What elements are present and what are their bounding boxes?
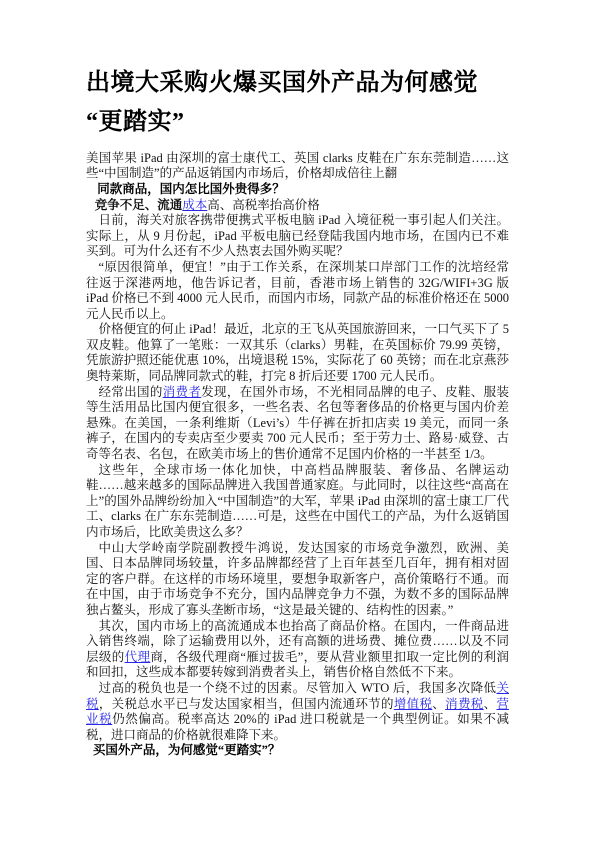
text-segment: 、 [432,697,445,711]
inline-link[interactable]: 增值税 [394,697,432,711]
text-segment: 高、高税率抬高价格 [207,198,320,212]
text-segment: 商，各级代理商“雁过拔毛”，要从营业额里扣取一定比例的利润和回扣，这些成本都要转… [86,650,509,680]
paragraph-distribution-cost: 其次，国内市场上的高流通成本也抬高了商品价格。在国内，一件商品进入销售终端，除了… [86,619,509,681]
text-segment: 经常出国的 [99,385,163,399]
paragraph-luxury-gap: 经常出国的消费者发现，在国外市场，不光相同品牌的电子、皮鞋、服装等生活用品比国内… [86,385,509,463]
paragraph-clarks-shoes: 价格便宜的何止 iPad！最近，北京的王飞从英国旅游回来，一口气买下了 5 双皮… [86,322,509,384]
section-subheading: 竞争不足、流通成本高、高税率抬高价格 [86,198,509,214]
paragraph-ipad-customs: 日前，海关对旅客携带便携式平板电脑 iPad 入境征税一事引起人们关注。实际上，… [86,213,509,260]
inline-link[interactable]: 成本 [182,198,207,212]
article-title: 出境大采购火爆买国外产品为何感觉“更踏实” [86,64,509,142]
text-segment: 、 [484,697,497,711]
text-segment: ，关税总水平已与发达国家相当，但国内流通环节的 [99,697,394,711]
paragraph-made-in-china: 这些年，全球市场一体化加快，中高档品牌服装、奢侈品、名牌运动鞋……越来越多的国际… [86,463,509,541]
inline-link[interactable]: 代理 [125,650,151,664]
section-heading-reliable: 买国外产品，为何感觉“更踏实”？ [86,743,509,759]
text-segment: 仍然偏高。税率高达 20%的 iPad 进口税就是一个典型例证。如果不减税，进口… [86,712,509,742]
document-page: 出境大采购火爆买国外产品为何感觉“更踏实” 美国苹果 iPad 由深圳的富士康代… [0,0,595,842]
inline-link[interactable]: 消费者 [163,385,202,399]
text-segment: 中山大学岭南学院副教授牛鸿说，发达国家的市场竞争激烈，欧洲、美国、日本品牌同场较… [86,541,509,617]
text-segment: 竞争不足、流通 [95,198,183,212]
text-segment: 这些年，全球市场一体化加快，中高档品牌服装、奢侈品、名牌运动鞋……越来越多的国际… [86,463,509,539]
section-heading-price-gap: 同款商品，国内怎比国外贵得多？ [86,182,509,198]
text-segment: 价格便宜的何止 iPad！最近，北京的王飞从英国旅游回来，一口气买下了 5 双皮… [86,322,509,383]
inline-link[interactable]: 消费税 [445,697,483,711]
text-segment: 日前，海关对旅客携带便携式平板电脑 iPad 入境征税一事引起人们关注。实际上，… [86,213,509,258]
paragraph-hongkong-price: “原因很简单，便宜！”由于工作关系，在深圳某口岸部门工作的沈培经常往返于深港两地… [86,260,509,322]
text-segment: 过高的税负也是一个绕不过的因素。尽管加入 WTO 后，我国多次降低 [99,681,497,695]
paragraph-professor-competition: 中山大学岭南学院副教授牛鸿说，发达国家的市场竞争激烈，欧洲、美国、日本品牌同场较… [86,541,509,619]
paragraph-tax-burden: 过高的税负也是一个绕不过的因素。尽管加入 WTO 后，我国多次降低关税，关税总水… [86,681,509,743]
article-lead: 美国苹果 iPad 由深圳的富士康代工、英国 clarks 皮鞋在广东东莞制造…… [86,151,509,182]
text-segment: “原因很简单，便宜！”由于工作关系，在深圳某口岸部门工作的沈培经常往返于深港两地… [86,260,509,321]
